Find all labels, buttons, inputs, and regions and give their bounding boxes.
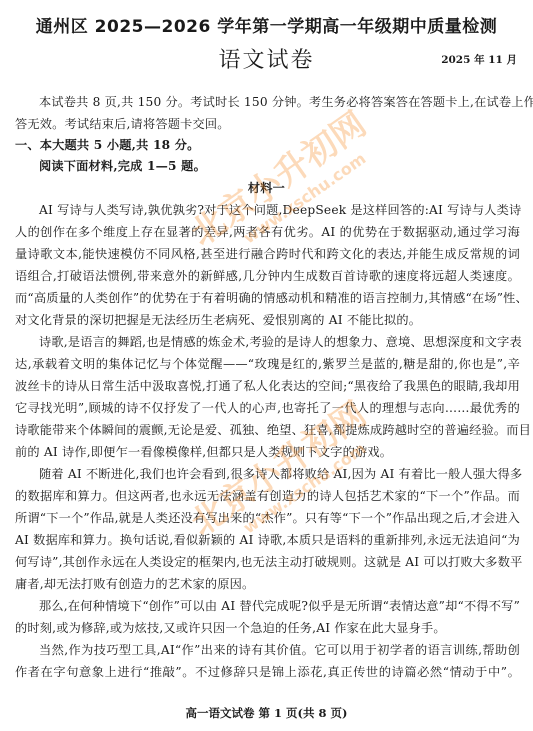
paragraph-line: 的时刻,或为修辞,或为炫技,又或许只因一个急迫的任务,AI 作家在此大显身手。 <box>15 617 520 639</box>
paragraph-line: 它寻找光明”,顾城的诗不仅抒发了一代人的心声,也寄托了一代人的理想与志向……最优… <box>15 397 520 419</box>
exam-date: 2025 年 11 月 <box>441 52 517 67</box>
paragraph-line: 当然,作为技巧型工具,AI“作”出来的诗有其价值。它可以用于初学者的语言训练,帮… <box>39 639 520 661</box>
paragraph-line: 的数据库和算力。但这两者,也永远无法涵盖有创造力的诗人包括艺术家的“下一个”作品… <box>15 485 520 507</box>
paragraph-line: 所谓“下一个”作品,就是人类还没有写出来的“杰作”。只有等“下一个”作品出现之后… <box>15 507 520 529</box>
paragraph-line: 波丝卡的诗从日常生活中汲取喜悦,打通了私人化表达的空间;“黑夜给了我黑色的眼睛,… <box>15 375 520 397</box>
paragraph-line: 人的创作在多个维度上存在显著的差异,两者各有优劣。AI 的优势在于数据驱动,通过… <box>15 221 520 243</box>
paragraph-line: AI 写诗与人类写诗,孰优孰劣?对于这个问题,DeepSeek 是这样回答的:A… <box>39 199 520 221</box>
paragraph-line: 而“高质量的人类创作”的优势在于有着明确的情感动机和精准的语言控制力,其情感“在… <box>15 287 520 309</box>
section-heading: 一、本大题共 5 小题,共 18 分。 <box>15 134 520 156</box>
paragraph-line: AI 数据库和算力。换句话说,看似新颖的 AI 诗歌,本质只是语料的重新排列,永… <box>15 529 520 551</box>
paragraph-line: 庸者,却无法打败有创造力的艺术家的原因。 <box>15 573 520 595</box>
page-footer: 高一语文试卷 第 1 页(共 8 页) <box>0 705 533 721</box>
paragraph-line: 量诗歌文本,能快速模仿不同风格,甚至进行融合跨时代和跨文化的表达,并能生成反常规… <box>15 243 520 265</box>
instructions-line-2: 答无效。考试结束后,请将答题卡交回。 <box>15 113 520 135</box>
paragraph-line: 何写诗”,其创作永远在人类设定的框架内,也无法主动打破规则。这就是 AI 可以打… <box>15 551 520 573</box>
paragraph-line: 诗歌,是语言的舞蹈,也是情感的炼金术,考验的是诗人的想象力、意境、思想深度和文字… <box>39 331 520 353</box>
paragraph-line: 对文化背景的深切把握是无法经历生老病死、爱恨别离的 AI 不能比拟的。 <box>15 309 520 331</box>
paragraph-line: 达,承载着文明的集体记忆与个体觉醒——“玫瑰是红的,紫罗兰是蓝的,糖是甜的,你也… <box>15 353 520 375</box>
paragraph-line: 那么,在何种情境下“创作”可以由 AI 替代完成呢?似乎是无所谓“表情达意”却“… <box>39 595 520 617</box>
section-prompt: 阅读下面材料,完成 1—5 题。 <box>39 155 520 177</box>
paragraph-line: 随着 AI 不断进化,我们也许会看到,很多诗人都将败给 AI,因为 AI 有着比… <box>39 463 520 485</box>
instructions-line-1: 本试卷共 8 页,共 150 分。考试时长 150 分钟。考生务必将答案答在答题… <box>39 91 520 113</box>
exam-page: 通州区 2025—2026 学年第一学期高一年级期中质量检测 语文试卷 2025… <box>0 0 533 731</box>
exam-title: 通州区 2025—2026 学年第一学期高一年级期中质量检测 <box>0 12 533 37</box>
paragraph-line: 语组合,打破语法惯例,带来意外的新鲜感,几分钟内生成数百首诗歌的速度将远超人类速… <box>15 265 520 287</box>
paragraph-line: 诗歌能带来个体瞬间的震颤,无论是爱、孤独、绝望、狂喜,都提炼成跨越时空的普遍经验… <box>15 419 520 441</box>
material-1-heading: 材料一 <box>0 177 533 199</box>
paragraph-line: 作者在字句意象上进行“推敲”。不过修辞只是锦上添花,真正传世的诗篇必然“情动于中… <box>15 661 520 683</box>
paragraph-line: 前的 AI 诗作,即便乍一看像模像样,但都只是人类规则下文字的游戏。 <box>15 441 520 463</box>
